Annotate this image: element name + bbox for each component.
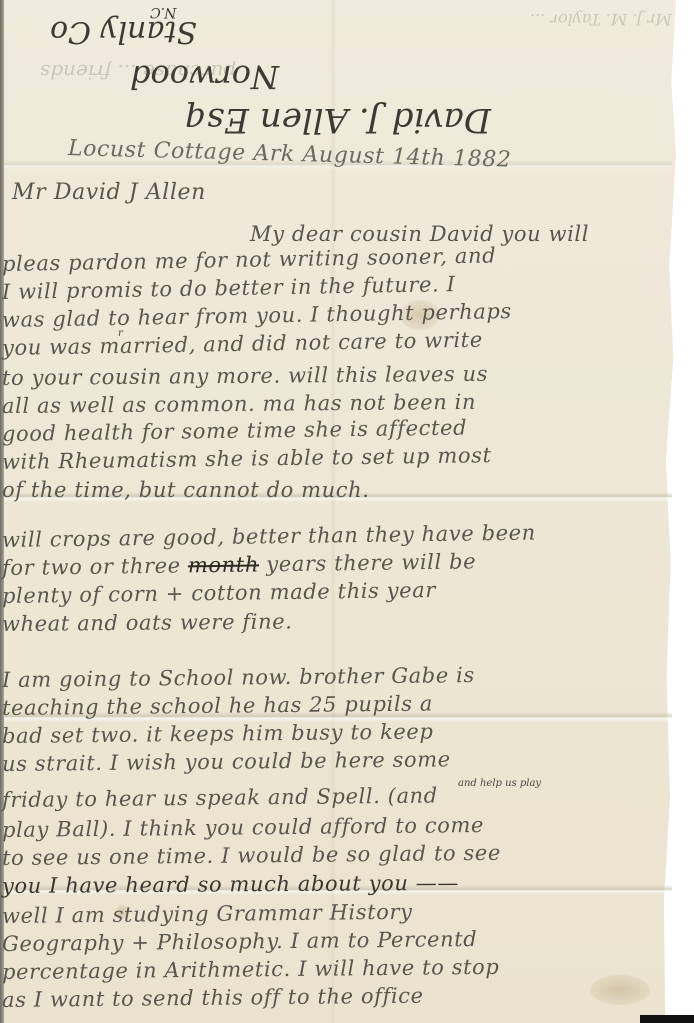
salutation: Mr David J Allen	[12, 180, 206, 205]
letter-line: well I am studying Grammar History	[2, 900, 413, 928]
line-part: for two or three	[2, 554, 181, 580]
letter-line: bad set two. it keeps him busy to keep	[2, 719, 434, 748]
struck-word: month	[188, 552, 259, 577]
letter-line: to your cousin any more. will this leave…	[2, 362, 488, 390]
greeting: My dear cousin David you will	[250, 222, 589, 246]
scan-border	[640, 1015, 694, 1023]
letter-line: friday to hear us speak and Spell. (and	[2, 783, 438, 812]
letter-line: play Ball). I think you could afford to …	[2, 813, 484, 842]
bleed-through-text: purchase ... friends	[40, 60, 236, 84]
letter-line: teaching the school he has 25 pupils a	[2, 691, 433, 720]
address-recipient: David J. Allen Esq	[185, 100, 491, 140]
letter-line: as I want to send this off to the office	[2, 984, 424, 1012]
letter-line: Geography + Philosophy. I am to Percentd	[2, 927, 477, 956]
line-part: years there will be	[266, 549, 476, 576]
address-county: Stanly Co	[50, 14, 197, 49]
interlinear-insert: and help us play	[458, 778, 541, 789]
letter-line: all as well as common. ma has not been i…	[2, 390, 476, 418]
corner-note: Mr J. M. Taylor ...	[530, 10, 672, 29]
letter-line: of the time, but cannot do much.	[2, 478, 370, 502]
letter-line: you I have heard so much about you ——	[2, 871, 459, 898]
letter-line: I am going to School now. brother Gabe i…	[2, 663, 475, 692]
letter-line: us strait. I wish you could be here some	[2, 747, 451, 776]
stain	[590, 975, 650, 1005]
letter-line: wheat and oats were fine.	[2, 609, 293, 636]
